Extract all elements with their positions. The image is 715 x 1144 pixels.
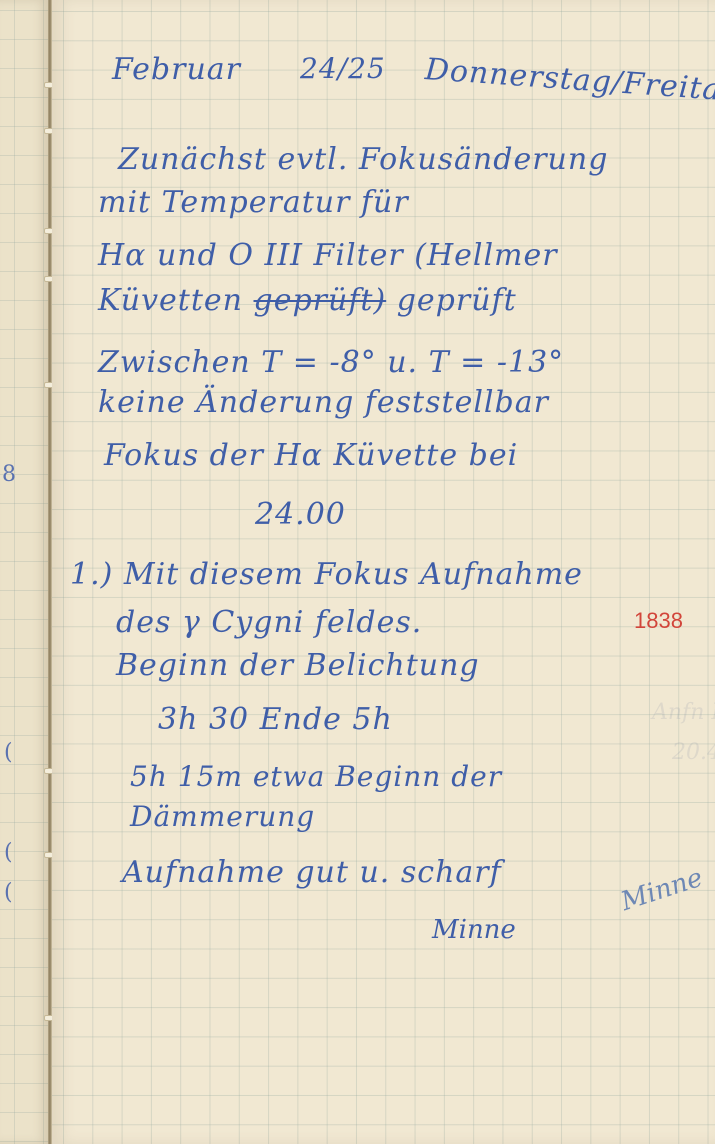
- left-margin-mark: (: [4, 840, 13, 865]
- left-margin-mark: (: [4, 740, 13, 765]
- note-word: Küvetten: [98, 283, 254, 318]
- note-line: mit Temperatur für: [98, 185, 409, 220]
- bleed-through-text: 20.45: [672, 740, 715, 765]
- exposure-times: 3h 30 Ende 5h: [158, 702, 393, 737]
- note-line: 5h 15m etwa Beginn der: [130, 760, 502, 793]
- left-page: 8 ( ( (: [0, 0, 50, 1144]
- entry-month: Februar: [112, 52, 241, 87]
- bleed-through-text: Anfn Platte od. Belichtung: [652, 700, 715, 725]
- left-margin-mark: 8: [2, 462, 16, 487]
- note-line: Dämmerung: [130, 800, 315, 833]
- note-line: Küvetten geprüft) geprüft: [98, 283, 517, 318]
- note-line: Fokus der Hα Küvette bei: [104, 438, 518, 473]
- plate-number: 1838: [634, 608, 683, 634]
- struck-word: geprüft): [254, 283, 387, 318]
- note-word: geprüft: [386, 283, 517, 318]
- note-line: Hα und O III Filter (Hellmer: [98, 238, 558, 273]
- note-line: des γ Cygni feldes.: [116, 605, 422, 640]
- entry-date: 24/25: [300, 52, 386, 85]
- note-line: keine Änderung feststellbar: [98, 385, 549, 420]
- note-line: Beginn der Belichtung: [116, 648, 480, 683]
- note-line: Zunächst evtl. Fokusänderung: [118, 142, 608, 177]
- note-line: 1.) Mit diesem Fokus Aufnahme: [70, 557, 583, 592]
- note-line: Aufnahme gut u. scharf: [122, 855, 502, 890]
- note-line: Zwischen T = -8° u. T = -13°: [98, 345, 564, 380]
- signature: Minne: [432, 915, 516, 945]
- left-margin-mark: (: [4, 880, 13, 905]
- focus-value: 24.00: [255, 497, 346, 532]
